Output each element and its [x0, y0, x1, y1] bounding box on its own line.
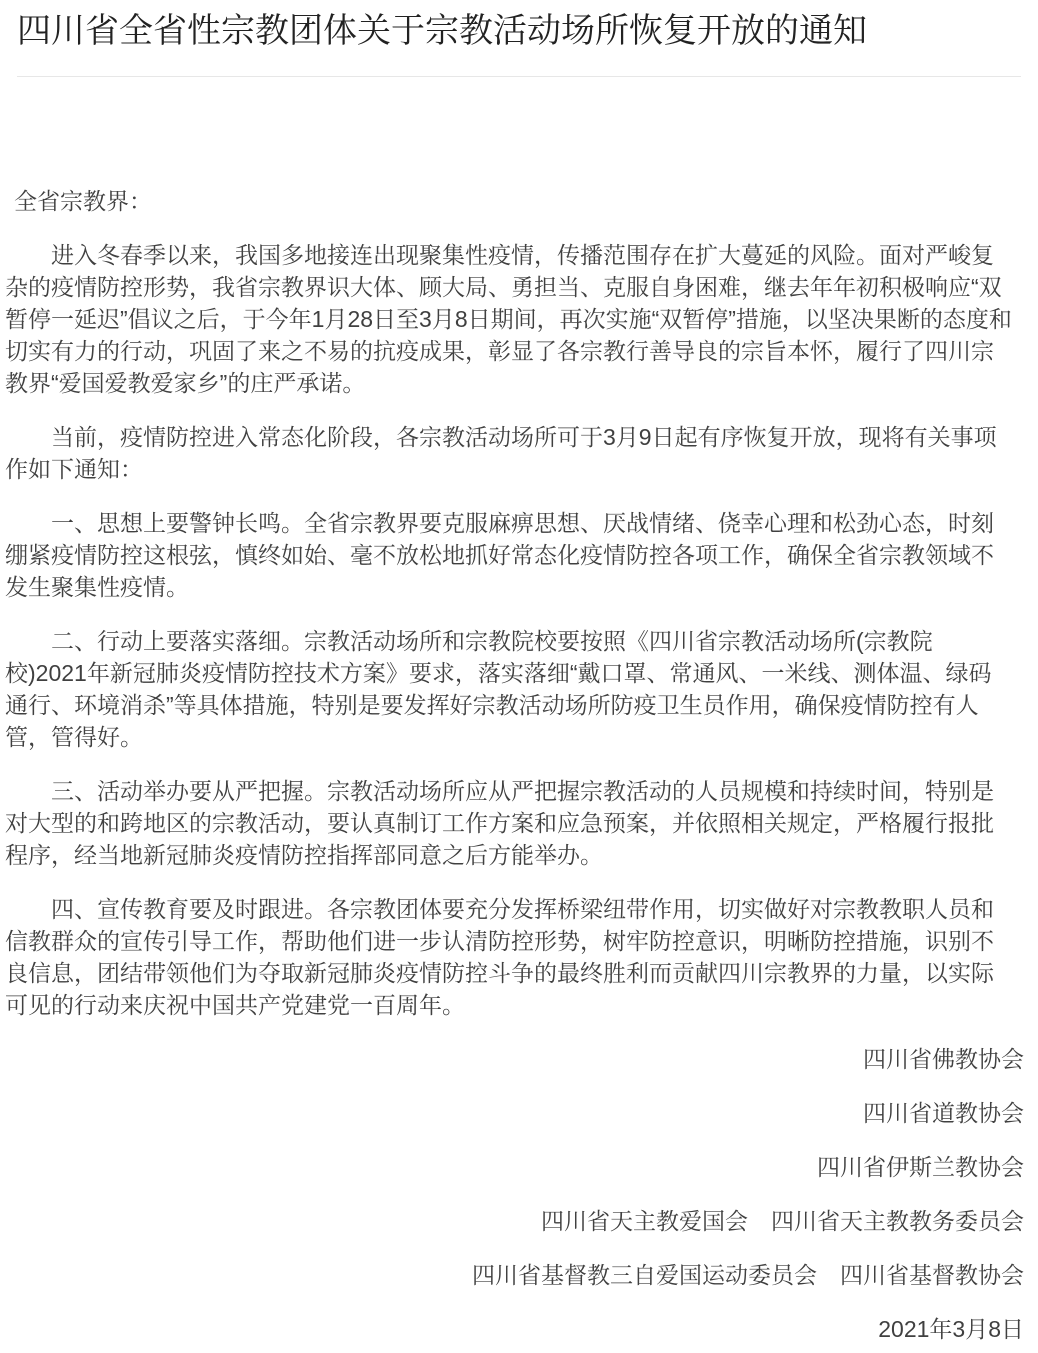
signature-line-taoist: 四川省道教协会 — [5, 1097, 1024, 1129]
notice-paragraph-item-1: 一、思想上要警钟长鸣。全省宗教界要克服麻痹思想、厌战情绪、侥幸心理和松劲心态，时… — [5, 507, 1024, 603]
notice-paragraph-announcement: 当前，疫情防控进入常态化阶段，各宗教活动场所可于3月9日起有序恢复开放，现将有关… — [5, 421, 1024, 485]
article-body: 全省宗教界： 进入冬春季以来，我国多地接连出现聚集性疫情，传播范围存在扩大蔓延的… — [0, 185, 1038, 1345]
notice-paragraph-item-2: 二、行动上要落实落细。宗教活动场所和宗教院校要按照《四川省宗教活动场所(宗教院校… — [5, 625, 1024, 753]
notice-article: 四川省全省性宗教团体关于宗教活动场所恢复开放的通知 全省宗教界： 进入冬春季以来… — [0, 0, 1038, 1353]
signature-line-islamic: 四川省伊斯兰教协会 — [5, 1151, 1024, 1183]
date-line: 2021年3月8日 — [5, 1313, 1024, 1345]
page-title: 四川省全省性宗教团体关于宗教活动场所恢复开放的通知 — [17, 9, 1021, 53]
notice-paragraph-intro: 进入冬春季以来，我国多地接连出现聚集性疫情，传播范围存在扩大蔓延的风险。面对严峻… — [5, 239, 1024, 399]
signature-line-catholic: 四川省天主教爱国会 四川省天主教教务委员会 — [5, 1205, 1024, 1237]
article-header: 四川省全省性宗教团体关于宗教活动场所恢复开放的通知 — [0, 0, 1038, 77]
notice-paragraph-item-3: 三、活动举办要从严把握。宗教活动场所应从严把握宗教活动的人员规模和持续时间，特别… — [5, 775, 1024, 871]
signature-line-christian: 四川省基督教三自爱国运动委员会 四川省基督教协会 — [5, 1259, 1024, 1291]
salutation: 全省宗教界： — [14, 185, 1024, 217]
title-divider — [17, 76, 1021, 77]
signature-line-buddhist: 四川省佛教协会 — [5, 1043, 1024, 1075]
notice-paragraph-item-4: 四、宣传教育要及时跟进。各宗教团体要充分发挥桥梁纽带作用，切实做好对宗教教职人员… — [5, 893, 1024, 1021]
